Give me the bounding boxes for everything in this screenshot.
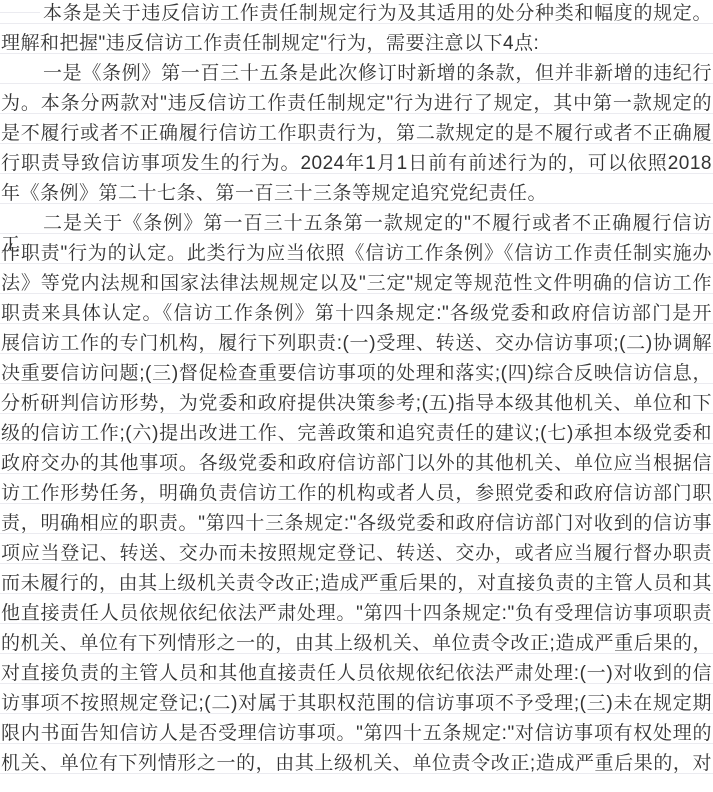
text-line: 访工作形势任务，明确负责信访工作的机构或者人员，参照党委和政府信访部门职 bbox=[1, 483, 712, 513]
text-line: 行职责导致信访事项发生的行为。2024年1月1日前有前述行为的，可以依照2018 bbox=[1, 153, 712, 183]
text-line: 限内书面告知信访人是否受理信访事项。"第四十五条规定:"对信访事项有权处理的 bbox=[1, 723, 712, 753]
text-line: 对直接负责的主管人员和其他直接责任人员依规依纪依法严肃处理:(一)对收到的信 bbox=[1, 663, 712, 693]
text-line: 年《条例》第二十七条、第一百三十三条等规定追究党纪责任。 bbox=[1, 183, 712, 213]
text-line: 理解和把握"违反信访工作责任制规定"行为，需要注意以下4点: bbox=[1, 33, 712, 63]
text-line: 作职责"行为的认定。此类行为应当依照《信访工作条例》《信访工作责任制实施办 bbox=[1, 243, 712, 273]
article-body: 本条是关于违反信访工作责任制规定行为及其适用的处分种类和幅度的规定。理解和把握"… bbox=[0, 3, 713, 783]
text-line: 二是关于《条例》第一百三十五条第一款规定的"不履行或者不正确履行信访工 bbox=[1, 213, 712, 243]
text-line: 的机关、单位有下列情形之一的，由其上级机关、单位责令改正;造成严重后果的， bbox=[1, 633, 712, 663]
text-line: 机关、单位有下列情形之一的，由其上级机关、单位责令改正;造成严重后果的，对 bbox=[1, 753, 712, 783]
text-line: 展信访工作的专门机构，履行下列职责:(一)受理、转送、交办信访事项;(二)协调解 bbox=[1, 333, 712, 363]
text-line: 职责来具体认定。《信访工作条例》第十四条规定:"各级党委和政府信访部门是开 bbox=[1, 303, 712, 333]
text-line: 法》等党内法规和国家法律法规规定以及"三定"规定等规范性文件明确的信访工作 bbox=[1, 273, 712, 303]
text-line: 一是《条例》第一百三十五条是此次修订时新增的条款，但并非新增的违纪行 bbox=[1, 63, 712, 93]
text-line: 是不履行或者不正确履行信访工作职责行为，第二款规定的是不履行或者不正确履 bbox=[1, 123, 712, 153]
text-line: 本条是关于违反信访工作责任制规定行为及其适用的处分种类和幅度的规定。 bbox=[1, 3, 712, 33]
text-line: 项应当登记、转送、交办而未按照规定登记、转送、交办，或者应当履行督办职责 bbox=[1, 543, 712, 573]
text-line: 政府交办的其他事项。各级党委和政府信访部门以外的其他机关、单位应当根据信 bbox=[1, 453, 712, 483]
text-line: 为。本条分两款对"违反信访工作责任制规定"行为进行了规定，其中第一款规定的 bbox=[1, 93, 712, 123]
text-line: 分析研判信访形势，为党委和政府提供决策参考;(五)指导本级其他机关、单位和下 bbox=[1, 393, 712, 423]
text-line: 访事项不按照规定登记;(二)对属于其职权范围的信访事项不予受理;(三)未在规定期 bbox=[1, 693, 712, 723]
document-page: 本条是关于违反信访工作责任制规定行为及其适用的处分种类和幅度的规定。理解和把握"… bbox=[0, 0, 713, 792]
text-line: 他直接责任人员依规依纪依法严肃处理。"第四十四条规定:"负有受理信访事项职责 bbox=[1, 603, 712, 633]
text-line: 而未履行的，由其上级机关责令改正;造成严重后果的，对直接负责的主管人员和其 bbox=[1, 573, 712, 603]
text-line: 级的信访工作;(六)提出改进工作、完善政策和追究责任的建议;(七)承担本级党委和 bbox=[1, 423, 712, 453]
text-line: 责，明确相应的职责。"第四十三条规定:"各级党委和政府信访部门对收到的信访事 bbox=[1, 513, 712, 543]
text-line: 决重要信访问题;(三)督促检查重要信访事项的处理和落实;(四)综合反映信访信息， bbox=[1, 363, 712, 393]
